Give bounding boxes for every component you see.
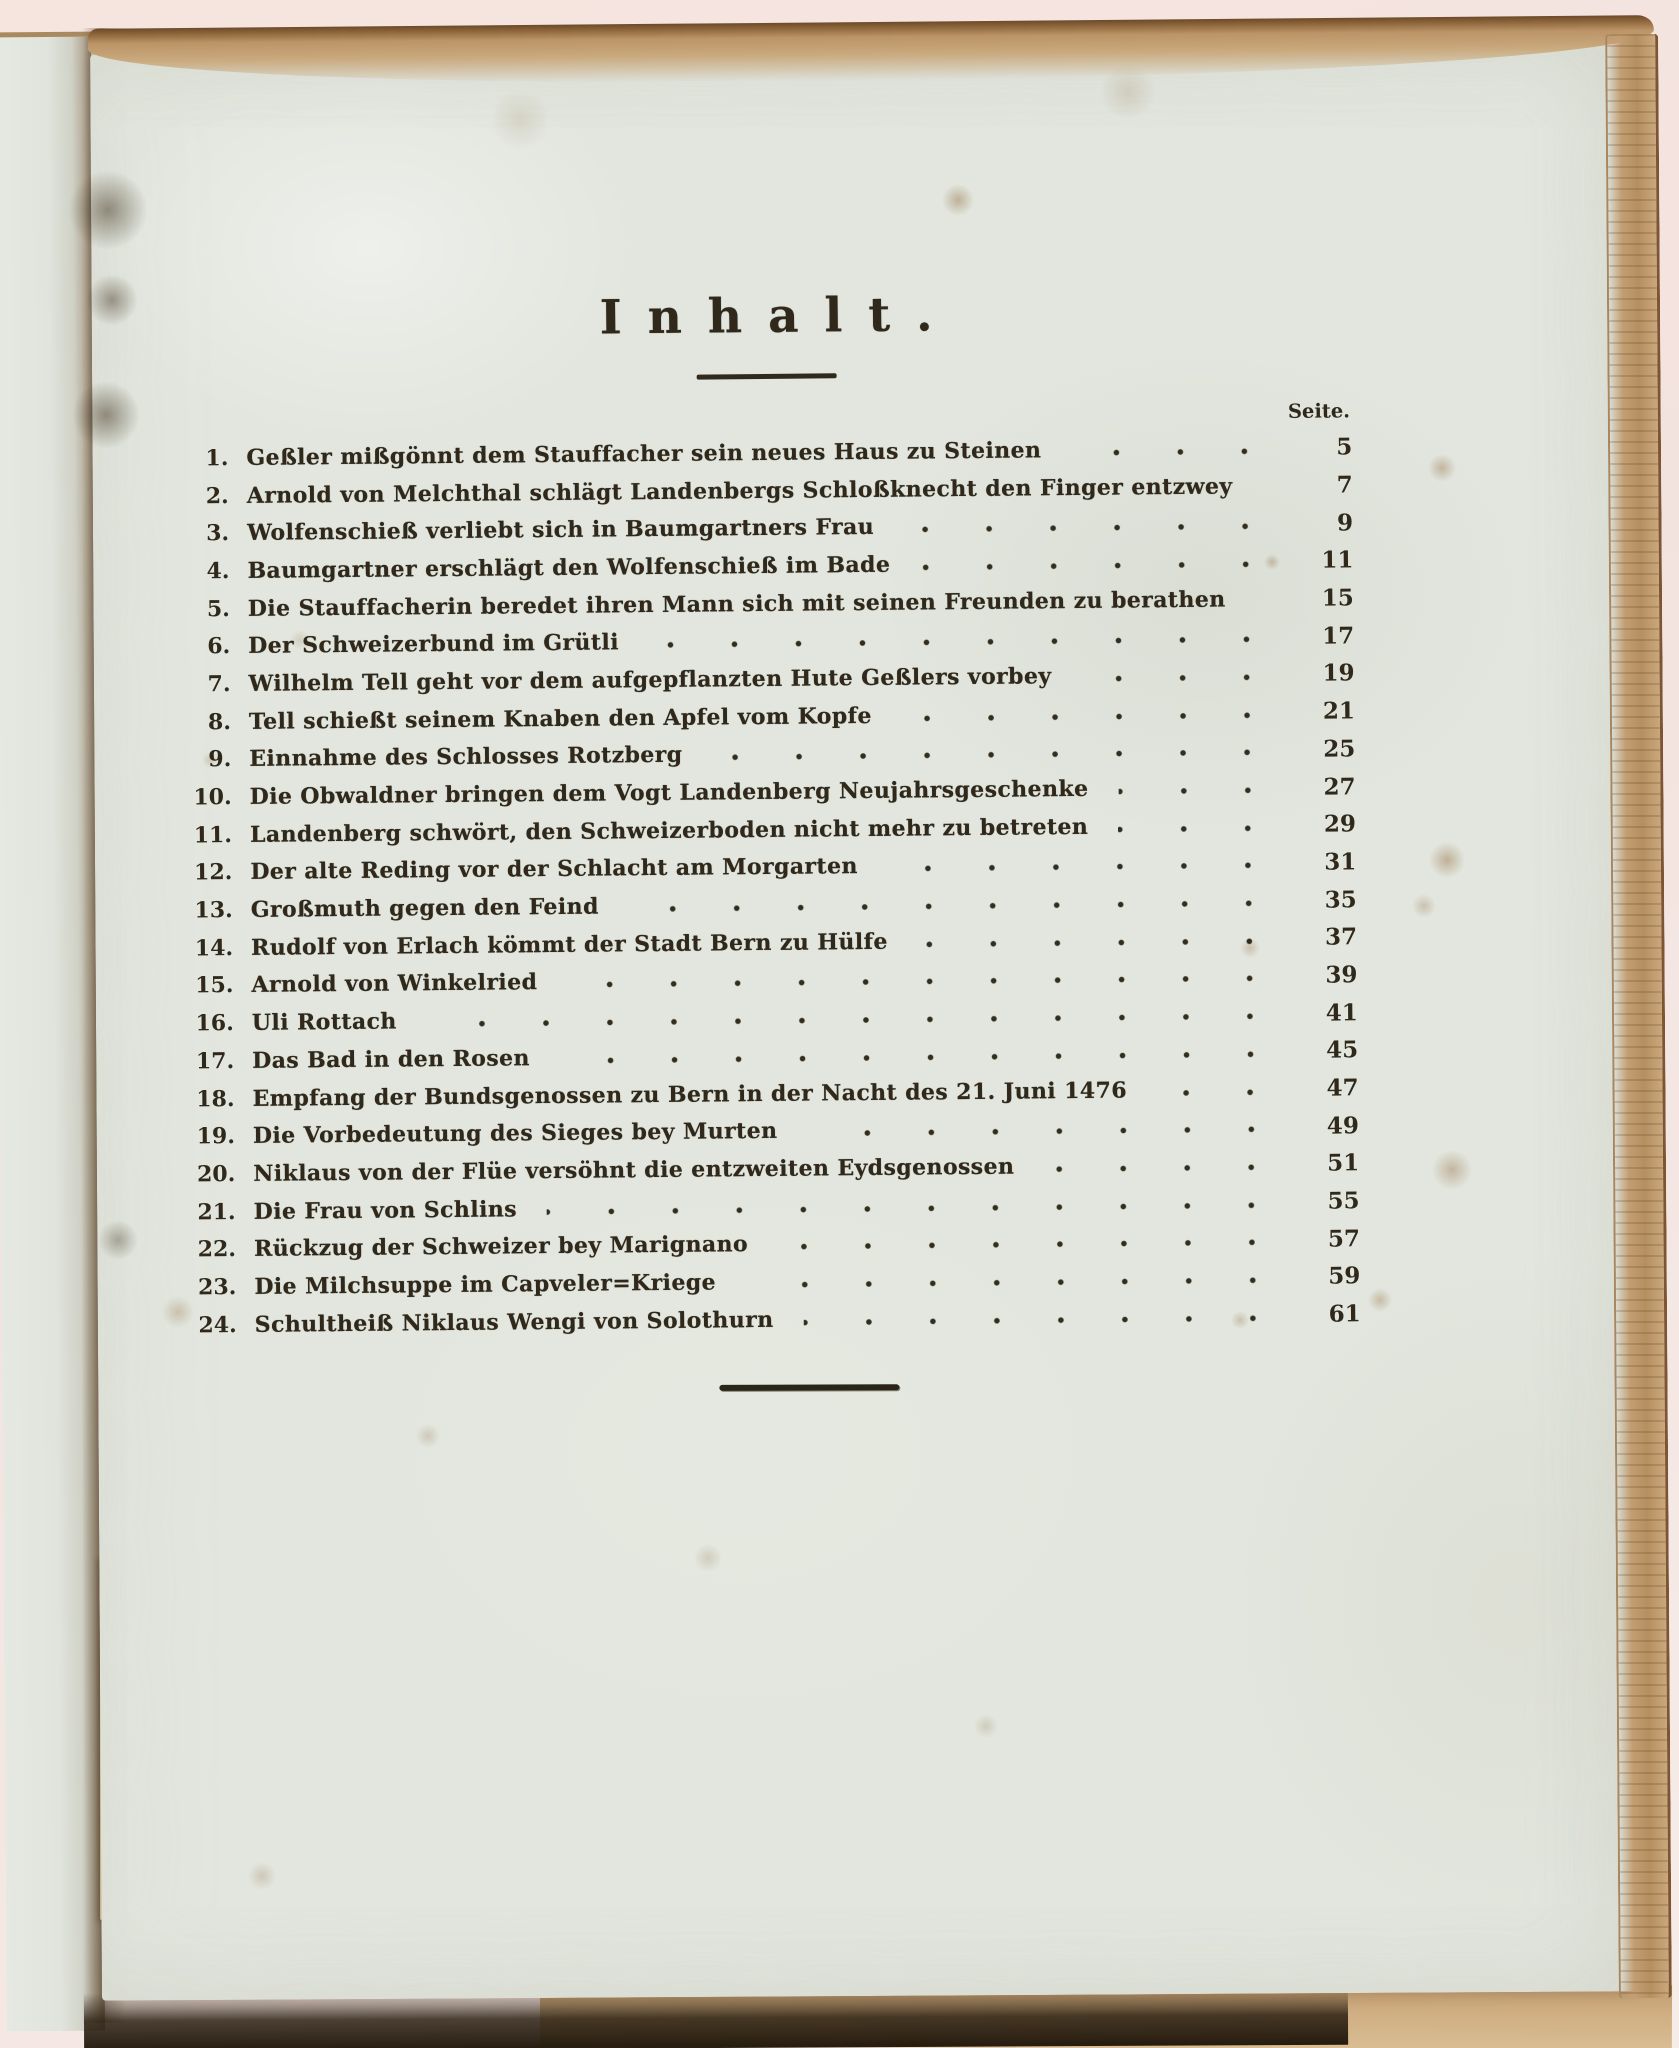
entry-title: Die Frau von Schlins <box>254 1196 518 1225</box>
entry-title: Die Obwaldner bringen dem Vogt Landenber… <box>250 776 1089 810</box>
dot-leader <box>560 1049 1282 1066</box>
entry-number: 12. <box>186 859 232 885</box>
dot-leader <box>778 1237 1284 1252</box>
entry-number: 2. <box>183 483 229 509</box>
entry-page: 9 <box>1291 509 1353 537</box>
entry-page: 47 <box>1296 1074 1358 1102</box>
entry-number: 1. <box>182 445 228 471</box>
dot-leader <box>547 1200 1284 1217</box>
entry-number: 20. <box>189 1161 235 1187</box>
entry-title: Schultheiß Niklaus Wengi von Solothurn <box>255 1307 774 1338</box>
entry-page: 11 <box>1291 547 1353 575</box>
entry-title: Niklaus von der Flüe versöhnt die entzwe… <box>253 1153 1014 1186</box>
entry-number: 7. <box>184 671 230 697</box>
entry-page: 7 <box>1291 471 1353 499</box>
entry-number: 10. <box>186 784 232 810</box>
entry-page: 45 <box>1296 1037 1358 1065</box>
dot-leader <box>888 860 1281 874</box>
entry-page: 41 <box>1296 999 1358 1027</box>
printed-content: Inhalt. Seite. 1.Geßler mißgönnt dem Sta… <box>89 43 1646 2004</box>
entry-page: 31 <box>1294 848 1356 876</box>
dot-leader <box>427 1011 1282 1029</box>
entry-page: 27 <box>1293 773 1355 801</box>
entry-number: 4. <box>183 558 229 584</box>
entry-page: 5 <box>1290 434 1352 462</box>
dot-leader <box>904 521 1277 535</box>
entry-title: Empfang der Bundsgenossen zu Bern in der… <box>252 1077 1127 1111</box>
entry-page: 59 <box>1298 1263 1360 1291</box>
dot-leader <box>712 747 1279 762</box>
dot-leader <box>1157 1087 1283 1098</box>
title-rule <box>697 373 837 379</box>
page-title: Inhalt. <box>181 283 1351 349</box>
entry-number: 9. <box>185 746 231 772</box>
dot-leader <box>807 1124 1283 1139</box>
entry-number: 17. <box>188 1048 234 1074</box>
entry-page: 49 <box>1297 1112 1359 1140</box>
closing-rule <box>719 1384 899 1391</box>
entry-number: 22. <box>190 1236 236 1262</box>
entry-title: Arnold von Winkelried <box>251 970 537 999</box>
entry-page: 29 <box>1294 811 1356 839</box>
dot-leader <box>920 559 1277 572</box>
entry-title: Baumgartner erschlägt den Wolfenschieß i… <box>247 552 890 584</box>
entry-page: 37 <box>1295 924 1357 952</box>
entry-number: 24. <box>191 1312 237 1338</box>
entry-number: 14. <box>187 935 233 961</box>
entry-title: Uli Rottach <box>252 1009 397 1036</box>
entry-page: 51 <box>1297 1150 1359 1178</box>
entry-number: 15. <box>187 973 233 999</box>
entry-number: 19. <box>189 1123 235 1149</box>
entry-page: 17 <box>1292 622 1354 650</box>
photo-background: Inhalt. Seite. 1.Geßler mißgönnt dem Sta… <box>0 0 1679 2048</box>
dot-leader <box>1044 1162 1283 1174</box>
entry-title: Wolfenschieß verliebt sich in Baumgartne… <box>247 514 874 546</box>
dot-leader <box>746 1275 1284 1290</box>
dot-leader <box>1256 597 1278 607</box>
entry-page: 21 <box>1293 697 1355 725</box>
entry-number: 11. <box>186 822 232 848</box>
dot-leader <box>629 898 1281 914</box>
dot-leader <box>649 634 1278 650</box>
entry-title: Großmuth gegen den Feind <box>251 894 599 923</box>
entry-title: Geßler mißgönnt dem Stauffacher sein neu… <box>246 437 1041 471</box>
dot-leader <box>902 710 1279 724</box>
toc-list: 1.Geßler mißgönnt dem Stauffacher sein n… <box>182 428 1361 1344</box>
entry-title: Die Milchsuppe im Capveler=Kriege <box>254 1269 716 1299</box>
dot-leader <box>1071 446 1276 458</box>
page-number-column-header: Seite. <box>182 399 1350 433</box>
entry-title: Die Vorbedeutung des Sieges bey Murten <box>253 1118 778 1149</box>
entry-number: 16. <box>188 1010 234 1036</box>
dot-leader <box>1081 672 1278 684</box>
entry-number: 8. <box>185 709 231 735</box>
entry-number: 23. <box>190 1274 236 1300</box>
entry-number: 13. <box>187 897 233 923</box>
entry-title: Der Schweizerbund im Grütli <box>248 630 619 660</box>
entry-page: 57 <box>1298 1225 1360 1253</box>
entry-title: Rückzug der Schweizer bey Marignano <box>254 1231 748 1262</box>
dot-leader <box>918 936 1281 949</box>
entry-title: Wilhelm Tell geht vor dem aufgepflanzten… <box>248 663 1051 697</box>
entry-number: 3. <box>183 520 229 546</box>
entry-page: 61 <box>1299 1300 1361 1328</box>
entry-page: 39 <box>1295 961 1357 989</box>
entry-title: Rudolf von Erlach kömmt der Stadt Bern z… <box>251 929 888 961</box>
entry-title: Das Bad in den Rosen <box>252 1045 530 1074</box>
entry-page: 35 <box>1295 886 1357 914</box>
dot-leader <box>567 973 1281 990</box>
entry-number: 21. <box>190 1199 236 1225</box>
entry-title: Landenberg schwört, den Schweizerboden n… <box>250 814 1088 848</box>
entry-title: Einnahme des Schlosses Rotzberg <box>249 742 682 772</box>
entry-title: Arnold von Melchthal schlägt Landenbergs… <box>247 473 1233 508</box>
entry-title: Der alte Reding vor der Schlacht am Morg… <box>250 853 858 885</box>
entry-title: Die Stauffacherin beredet ihren Mann sic… <box>248 586 1226 621</box>
entry-page: 15 <box>1292 584 1354 612</box>
entry-page: 55 <box>1297 1187 1359 1215</box>
dot-leader <box>1118 785 1279 797</box>
entry-page: 25 <box>1293 735 1355 763</box>
entry-title: Tell schießt seinem Knaben den Apfel vom… <box>249 703 872 735</box>
entry-page: 19 <box>1292 660 1354 688</box>
entry-number: 18. <box>188 1086 234 1112</box>
entry-number: 6. <box>184 633 230 659</box>
dot-leader <box>1118 823 1280 835</box>
dot-leader <box>804 1313 1285 1328</box>
dot-leader <box>1262 484 1276 494</box>
entry-number: 5. <box>184 596 230 622</box>
